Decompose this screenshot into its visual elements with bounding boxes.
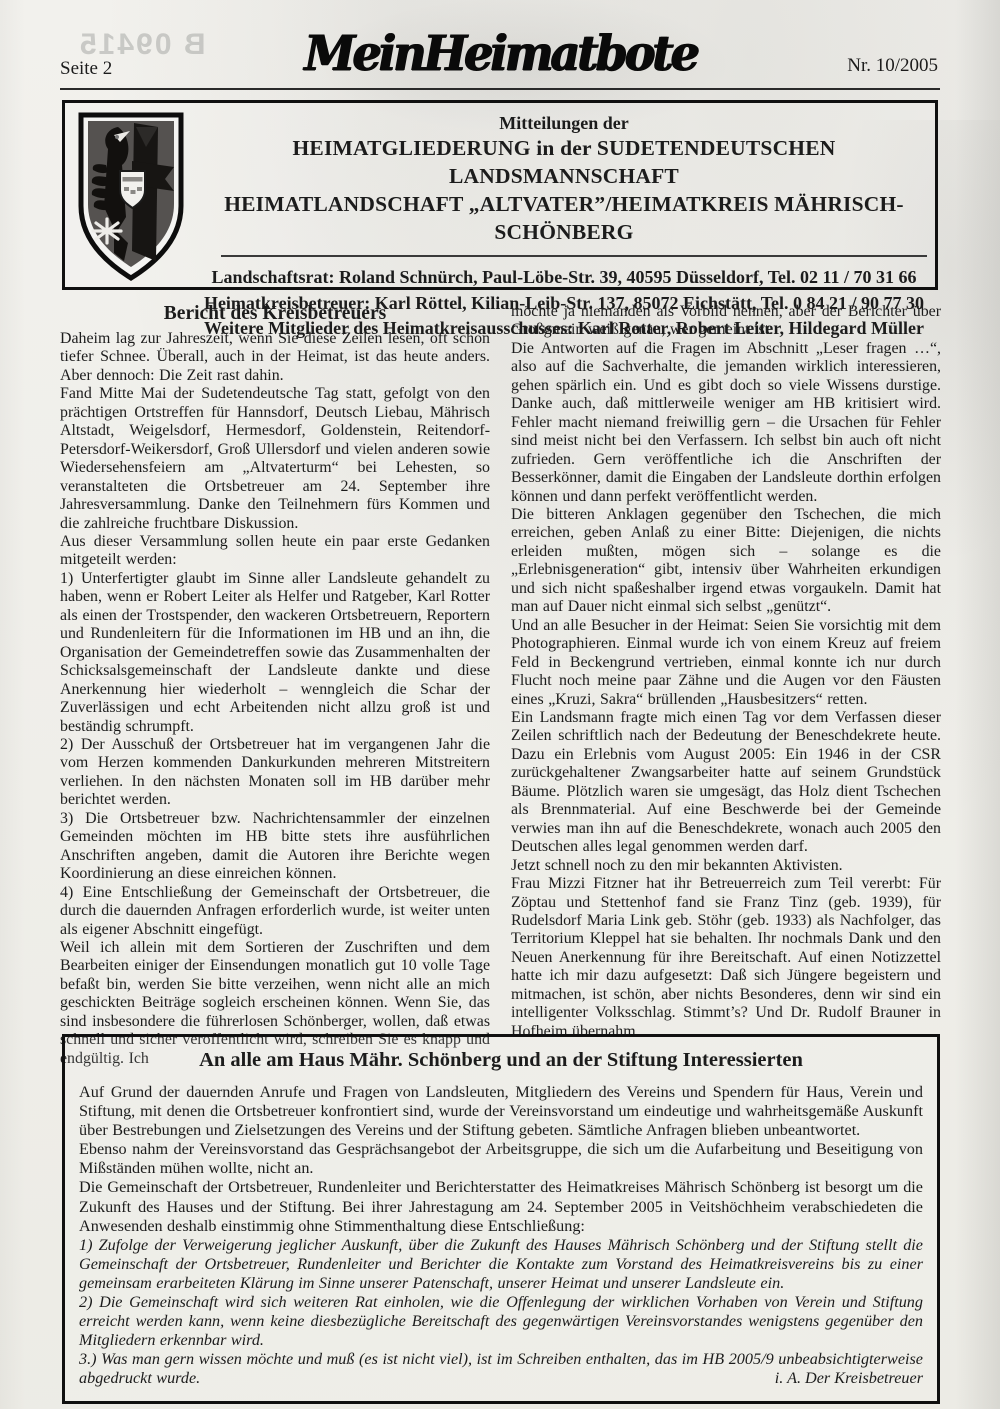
article-bericht-des-kreisbetreuers: Bericht des Kreisbetreuers Daheim lag zu…: [60, 303, 942, 1068]
article-paragraph: 2) Der Ausschuß der Ortsbetreuer hat im …: [60, 736, 490, 810]
article-paragraph: Ein Landsmann fragte mich einen Tag vor …: [511, 709, 941, 857]
article-paragraph: Und an alle Besucher in der Heimat: Seie…: [511, 617, 941, 709]
issue-number: Nr. 10/2005: [847, 55, 938, 77]
org-divider-rule: [221, 255, 927, 257]
article-column-right: möchte ja niemanden als Vorbild nennen, …: [511, 303, 941, 1068]
article-paragraph: 4) Eine Entschließung der Gemeinschaft d…: [60, 884, 490, 939]
org-name-line-1: HEIMATGLIEDERUNG in der SUDETENDEUTSCHEN…: [193, 134, 935, 190]
notice-paragraph: Die Gemeinschaft der Ortsbetreuer, Runde…: [79, 1178, 923, 1235]
org-subtitle: Mitteilungen der: [193, 113, 935, 134]
notice-title: An alle am Haus Mähr. Schönberg und an d…: [79, 1049, 923, 1072]
notice-box-haus-schoenberg: An alle am Haus Mähr. Schönberg und an d…: [62, 1034, 940, 1404]
header-rule: [60, 88, 940, 90]
notice-resolution-paragraph: 1) Zufolge der Verweigerung jeglicher Au…: [79, 1236, 923, 1293]
article-paragraph: möchte ja niemanden als Vorbild nennen, …: [511, 303, 941, 340]
article-paragraph: Jetzt schnell noch zu den mir bekannten …: [511, 857, 941, 875]
article-paragraph: 3) Die Ortsbetreuer bzw. Nachrichtensamm…: [60, 810, 490, 884]
article-column-left: Bericht des Kreisbetreuers Daheim lag zu…: [60, 303, 490, 1068]
notice-paragraph: Auf Grund der dauernden Anrufe und Frage…: [79, 1083, 923, 1140]
notice-resolution-paragraph: 2) Die Gemeinschaft wird sich weiteren R…: [79, 1293, 923, 1350]
article-paragraph: Daheim lag zur Jahreszeit, wenn Sie dies…: [60, 330, 490, 385]
article-paragraph: Die Antworten auf die Fragen im Abschnit…: [511, 340, 941, 506]
article-paragraph: Die bitteren Anklagen gegenüber den Tsch…: [511, 506, 941, 617]
org-header-box: Mitteilungen der HEIMATGLIEDERUNG in der…: [62, 100, 938, 290]
contact-line-landschaftsrat: Landschaftsrat: Roland Schnürch, Paul-Lö…: [193, 265, 935, 291]
org-name-line-2: HEIMATLANDSCHAFT „ALTVATER”/HEIMATKREIS …: [193, 190, 935, 246]
signature-kreisbetreuer: i. A. Der Kreisbetreuer: [79, 1369, 923, 1388]
article-paragraph: Aus dieser Versammlung sollen heute ein …: [60, 533, 490, 570]
notice-paragraph: Ebenso nahm der Vereinsvorstand das Gesp…: [79, 1140, 923, 1178]
coat-of-arms-icon: [75, 111, 187, 288]
article-paragraph: Frau Mizzi Fitzner hat ihr Betreuerreich…: [511, 875, 941, 1041]
article-paragraph: Fand Mitte Mai der Sudetendeutsche Tag s…: [60, 385, 490, 533]
article-title: Bericht des Kreisbetreuers: [60, 303, 490, 325]
article-paragraph: 1) Unterfertigter glaubt im Sinne aller …: [60, 570, 490, 736]
